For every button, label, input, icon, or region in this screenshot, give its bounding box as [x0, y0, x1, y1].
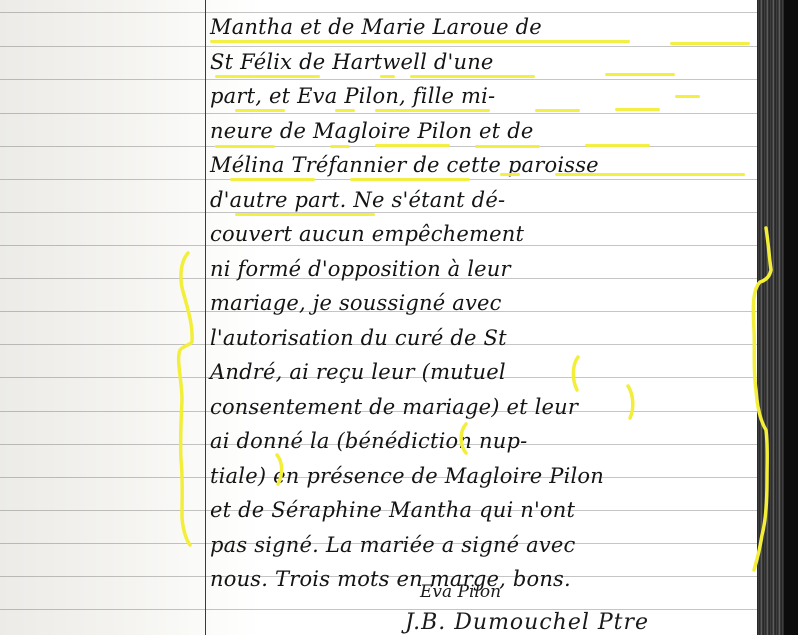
bride-signature: Eva Pilon [420, 582, 501, 602]
paren-mark [277, 455, 282, 484]
paren-mark [628, 386, 633, 418]
paren-mark [573, 357, 578, 390]
right-brace-mark [753, 228, 771, 570]
highlighter-annotations [0, 0, 798, 635]
paren-mark [461, 424, 466, 453]
left-brace-mark [179, 253, 193, 545]
register-page: Mantha et de Marie Laroue de St Félix de… [0, 0, 798, 635]
priest-signature: J.B. Dumouchel Ptre [405, 610, 649, 635]
